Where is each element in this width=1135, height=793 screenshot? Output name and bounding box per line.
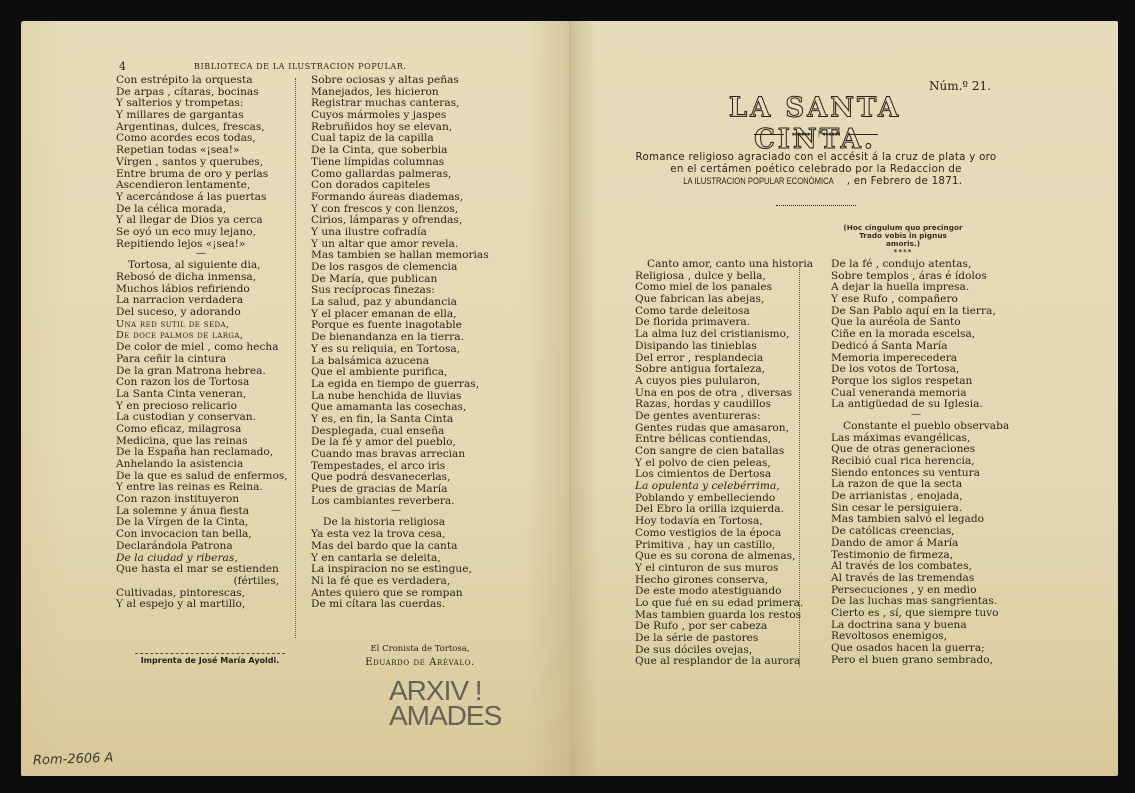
verse-line: De la fé , condujo atentas, — [831, 259, 1009, 271]
epigraph-line-2: Trado vobis in pignus amoris.) — [843, 232, 963, 248]
verse-line: Mas del bardo que la canta — [311, 541, 489, 553]
ornament-glyphs: ▸▸▸▸▸▸❘❘◂◂◂◂◂◂ — [784, 130, 848, 139]
verse-line: Con razon instituyeron — [116, 494, 288, 506]
signature-title: El Cronista de Tortosa, — [330, 644, 510, 654]
verse-line: Disipando las tinieblas — [635, 341, 813, 353]
verse-line: Sobre ociosas y altas peñas — [311, 75, 489, 87]
verse-line: De arrianistas , enojada, — [831, 491, 1009, 503]
verse-line: De gentes aventureras: — [635, 411, 813, 423]
verse-line: Canto amor, canto una historia — [635, 259, 813, 271]
subtitle-publication: LA ILUSTRACION POPULAR ECONÓMICA — [683, 176, 833, 188]
verse-line: La egida en tiempo de guerras, — [311, 379, 489, 391]
verse-line: Como vestigios de la época — [635, 528, 813, 540]
verse-line: La Santa Cinta veneran, — [116, 389, 288, 401]
verse-line: Como eficaz, milagrosa — [116, 424, 288, 436]
verse-line: Y una ilustre cofradía — [311, 227, 489, 239]
signature-author: Eduardo de Arévalo. — [330, 657, 510, 668]
verse-line: La salud, paz y abundancia — [311, 297, 489, 309]
verse-line: Y es, en fin, la Santa Cinta — [311, 414, 489, 426]
verse-line: Pero el buen grano sembrado, — [831, 655, 1009, 667]
verse-line: Cuyos mármoles y jaspes — [311, 110, 489, 122]
archive-stamp: ARXIV ! AMADES — [389, 678, 524, 728]
verse-line: Que fabrican las abejas, — [635, 294, 813, 306]
verse-line: Una red sutil de seda, — [116, 319, 288, 331]
verse-line: (fértiles, — [116, 576, 279, 588]
page-number: 4 — [119, 60, 127, 73]
verse-line: Que osados hacen la guerra; — [831, 643, 1009, 655]
verse-line: De la série de pastores — [635, 633, 813, 645]
verse-line: Recibió cual rica herencia, — [831, 456, 1009, 468]
left-column-2: Sobre ociosas y altas peñasManejados, le… — [311, 75, 489, 611]
running-title: BIBLIOTECA DE LA ILUSTRACION POPULAR. — [194, 62, 407, 71]
verse-line: Pues de gracias de María — [311, 484, 489, 496]
epigraph: (Hoc cingulum quo precingor Trado vobis … — [843, 224, 963, 256]
stamp-line-2: AMADES — [389, 703, 524, 728]
verse-line: Para ceñir la cintura — [116, 354, 288, 366]
verse-line: La opulenta y celebérrima, — [635, 481, 813, 493]
imprint: Imprenta de José María Ayoldi. — [135, 653, 285, 665]
verse-line: Y es su reliquia, en Tortosa, — [311, 344, 489, 356]
verse-line: Y el cinturon de sus muros — [635, 563, 813, 575]
verse-line: A cuyos pies pulularon, — [635, 376, 813, 388]
epigraph-stars: **** — [843, 248, 963, 256]
verse-line: Lo que fué en su edad primera. — [635, 598, 813, 610]
verse-line: Y millares de gargantas — [116, 110, 288, 122]
subtitle: Romance religioso agraciado con el accés… — [632, 152, 1000, 187]
verse-line: Cuando mas bravas arrecian — [311, 449, 489, 461]
verse-line: Con sangre de cien batallas — [635, 446, 813, 458]
left-column-1: Con estrépito la orquestaDe arpas , cíta… — [116, 75, 288, 611]
ornament-rule: ▸▸▸▸▸▸❘❘◂◂◂◂◂◂ — [754, 131, 878, 139]
poem-title: LA SANTA CINTA. — [690, 93, 940, 156]
verse-line: Porque los siglos respetan — [831, 376, 1009, 388]
running-header: 4 BIBLIOTECA DE LA ILUSTRACION POPULAR. — [119, 62, 519, 74]
verse-line: Rebosó de dicha inmensa, — [116, 272, 288, 284]
right-column-1: Canto amor, canto una historiaReligiosa … — [635, 259, 813, 668]
verse-line: Dedicó á Santa María — [831, 341, 1009, 353]
signature: El Cronista de Tortosa, Eduardo de Aréva… — [330, 644, 510, 668]
verse-line: De mi cítara las cuerdas. — [311, 599, 489, 611]
verse-line: Formando áureas diademas, — [311, 192, 489, 204]
verse-line: Tiene límpidas columnas — [311, 157, 489, 169]
verse-line: Ni la fé que es verdadera, — [311, 576, 489, 588]
catalog-mark: Rom-2606 A — [33, 751, 114, 769]
verse-line: Y al espejo y al martillo, — [116, 599, 288, 611]
verse-line: Vírgen , santos y querubes, — [116, 157, 288, 169]
imprint-text: Imprenta de José María Ayoldi. — [141, 656, 280, 665]
imprint-rule — [135, 653, 285, 654]
subtitle-part-1: Romance religioso agraciado con el accés… — [636, 152, 997, 175]
verse-line: Con estrépito la orquesta — [116, 75, 288, 87]
subtitle-part-2: , en Febrero de 1871. — [847, 176, 963, 187]
verse-line: Que al resplandor de la aurora — [635, 656, 813, 668]
verse-line: Anhelando la asistencia — [116, 459, 288, 471]
rule-line-right — [848, 134, 878, 135]
verse-line: Del suceso, y adorando — [116, 307, 288, 319]
verse-line: Al través de las tremendas — [831, 573, 1009, 585]
short-rule — [776, 205, 856, 206]
verse-line: Dando de amor á María — [831, 538, 1009, 550]
verse-line: Cierto es , sí, que siempre tuvo — [831, 608, 1009, 620]
verse-line: Y acercándose á las puertas — [116, 192, 288, 204]
verse-line: Y ese Rufo , compañero — [831, 294, 1009, 306]
issue-number: Núm.º 21. — [929, 79, 991, 93]
right-column-2: De la fé , condujo atentas,Sobre templos… — [831, 259, 1009, 666]
rule-line-left — [754, 134, 784, 135]
verse-line: De los rasgos de clemencia — [311, 262, 489, 274]
column-divider — [295, 78, 296, 638]
verse-line: Constante el pueblo observaba — [831, 421, 1009, 433]
column-divider — [799, 262, 800, 667]
verse-line: Se oyó un eco muy lejano, — [116, 227, 288, 239]
verse-line: Declarándola Patrona — [116, 541, 288, 553]
page-fold — [569, 21, 571, 776]
